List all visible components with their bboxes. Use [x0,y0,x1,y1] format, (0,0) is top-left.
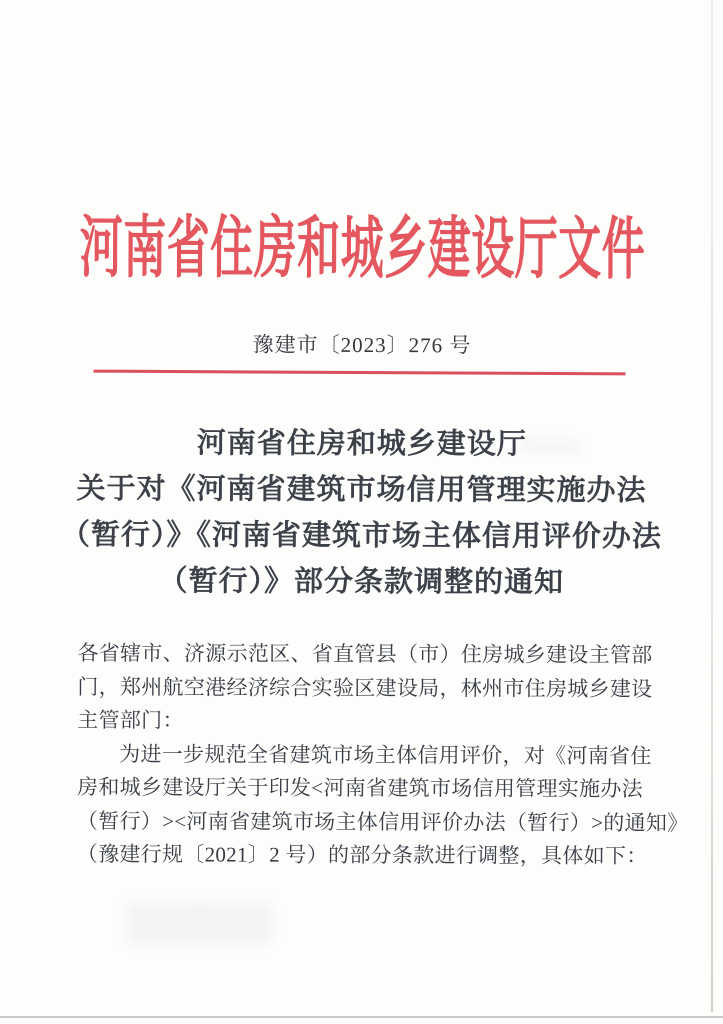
body-paragraph-line-3: （暂行）><河南省建筑市场主体信用评价办法（暂行）>的通知》 [77,805,652,841]
document-body: 各省辖市、济源示范区、省直管县（市）住房城乡建设主管部 门，郑州航空港经济综合实… [77,637,653,874]
page-bleedthrough-artifact [126,902,271,945]
document-title-line-3: （暂行）》《河南省建筑市场主体信用评价办法 [0,512,723,561]
recipients-line-2: 门，郑州航空港经济综合实验区建设局，林州市住房城乡建设 [77,671,652,707]
body-paragraph-line-1: 为进一步规范全省建筑市场主体信用评价，对《河南省住 [77,738,652,774]
scanned-document-page: 河南省住房和城乡建设厅文件 豫建市〔2023〕276 号 河南省住房和城乡建设厅… [0,0,723,1024]
body-paragraph-line-2: 房和城乡建设厅关于印发<河南省建筑市场信用管理实施办法 [77,771,652,807]
document-title: 河南省住房和城乡建设厅 关于对《河南省建筑市场信用管理实施办法 （暂行）》《河南… [0,420,723,607]
document-header-banner: 河南省住房和城乡建设厅文件 [1,210,723,302]
page-bleedthrough-artifact-small [520,439,580,455]
red-separator-rule [93,370,625,376]
document-title-line-2: 关于对《河南省建筑市场信用管理实施办法 [0,466,723,515]
scan-paper-edge-bottom [0,1016,723,1018]
body-paragraph-line-4: （豫建行规〔2021〕2 号）的部分条款进行调整，具体如下： [77,838,652,874]
document-title-line-1: 河南省住房和城乡建设厅 [0,420,723,469]
issuing-agency-banner-text: 河南省住房和城乡建设厅文件 [79,187,645,315]
document-content: 河南省住房和城乡建设厅文件 豫建市〔2023〕276 号 河南省住房和城乡建设厅… [0,0,723,1024]
recipients-line-3: 主管部门： [77,704,652,740]
recipients-line-1: 各省辖市、济源示范区、省直管县（市）住房城乡建设主管部 [77,637,652,673]
document-title-line-4: （暂行）》部分条款调整的通知 [0,558,723,607]
document-reference-number: 豫建市〔2023〕276 号 [1,329,723,362]
scan-paper-edge-right [711,0,713,1012]
